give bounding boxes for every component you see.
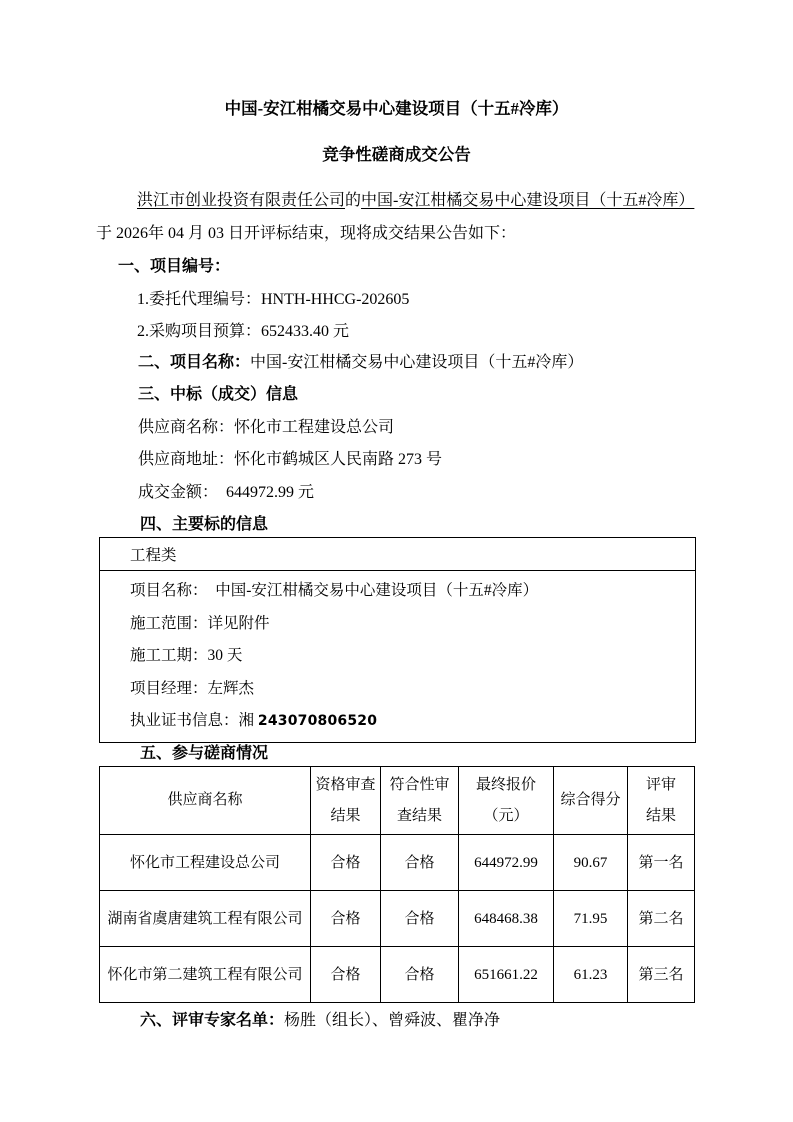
cell-rank: 第一名	[628, 835, 695, 891]
cell-price: 651661.22	[459, 947, 554, 1003]
subject-category-cell: 工程类	[100, 538, 696, 571]
section-2-value: 中国-安江柑橘交易中心建设项目（十五#冷库）	[250, 354, 583, 371]
cell-supplier-name: 湖南省虞唐建筑工程有限公司	[100, 891, 311, 947]
cell-rank: 第二名	[628, 891, 695, 947]
table-row: 怀化市第二建筑工程有限公司 合格 合格 651661.22 61.23 第三名	[100, 947, 695, 1003]
intro-line1-tail: 于 2026	[96, 225, 148, 242]
cell-qualification: 合格	[311, 947, 381, 1003]
subject-info-table: 工程类 项目名称： 中国-安江柑橘交易中心建设项目（十五#冷库） 施工范围：详见…	[99, 537, 696, 743]
participation-table: 供应商名称 资格审查 结果 符合性审 查结果 最终报价 （元） 综合得分 评审 …	[99, 766, 695, 1003]
cell-conformity: 合格	[381, 835, 459, 891]
table-row: 怀化市工程建设总公司 合格 合格 644972.99 90.67 第一名	[100, 835, 695, 891]
header-final-price: 最终报价 （元）	[459, 767, 554, 835]
document-page: 中国-安江柑橘交易中心建设项目（十五#冷库） 竞争性磋商成交公告 洪江市创业投资…	[0, 0, 793, 1122]
document-subtitle: 竞争性磋商成交公告	[96, 144, 697, 166]
subject-project-name: 项目名称： 中国-安江柑橘交易中心建设项目（十五#冷库）	[130, 575, 695, 608]
cell-conformity: 合格	[381, 891, 459, 947]
section-6-value: 杨胜（组长）、曾舜波、瞿净净	[284, 1012, 500, 1029]
section-6-line: 六、评审专家名单：杨胜（组长）、曾舜波、瞿净净	[140, 1010, 500, 1032]
header-composite-score: 综合得分	[554, 767, 628, 835]
document-title: 中国-安江柑橘交易中心建设项目（十五#冷库）	[96, 98, 697, 120]
cell-price: 644972.99	[459, 835, 554, 891]
section-6-label: 六、评审专家名单：	[140, 1012, 284, 1029]
intro-connector: 的	[345, 192, 361, 209]
section-4-heading: 四、主要标的信息	[140, 514, 268, 536]
section-2-line: 二、项目名称：中国-安江柑橘交易中心建设项目（十五#冷库）	[138, 352, 583, 374]
header-supplier-name: 供应商名称	[100, 767, 311, 835]
table-header-row: 供应商名称 资格审查 结果 符合性审 查结果 最终报价 （元） 综合得分 评审 …	[100, 767, 695, 835]
certificate-number: 243070806520	[258, 713, 377, 729]
intro-line2: 年 04 月 03 日开评标结束，现将成交结果公告如下：	[148, 225, 516, 242]
section-1-item-budget: 2.采购项目预算：652433.40 元	[137, 321, 349, 343]
subject-duration: 施工工期：30 天	[130, 640, 695, 673]
table-row: 工程类	[100, 538, 696, 571]
subject-certificate: 执业证书信息：湘 243070806520	[130, 705, 695, 738]
cell-score: 71.95	[554, 891, 628, 947]
supplier-name-line: 供应商名称：怀化市工程建设总公司	[138, 417, 394, 439]
cell-qualification: 合格	[311, 891, 381, 947]
cell-conformity: 合格	[381, 947, 459, 1003]
cell-supplier-name: 怀化市第二建筑工程有限公司	[100, 947, 311, 1003]
table-row: 项目名称： 中国-安江柑橘交易中心建设项目（十五#冷库） 施工范围：详见附件 施…	[100, 571, 696, 743]
cell-qualification: 合格	[311, 835, 381, 891]
section-5-heading: 五、参与磋商情况	[140, 743, 268, 765]
cell-rank: 第三名	[628, 947, 695, 1003]
cell-score: 61.23	[554, 947, 628, 1003]
project-name: 中国-安江柑橘交易中心建设项目（十五#冷库）	[361, 192, 694, 209]
buyer-name: 洪江市创业投资有限责任公司	[137, 192, 345, 209]
section-3-heading: 三、中标（成交）信息	[138, 384, 298, 406]
section-1-heading: 一、项目编号：	[118, 256, 230, 278]
header-qualification-result: 资格审查 结果	[311, 767, 381, 835]
certificate-label: 执业证书信息：湘	[130, 712, 258, 729]
deal-amount-line: 成交金额： 644972.99 元	[138, 482, 314, 504]
cell-price: 648468.38	[459, 891, 554, 947]
cell-score: 90.67	[554, 835, 628, 891]
subject-scope: 施工范围：详见附件	[130, 608, 695, 641]
cell-supplier-name: 怀化市工程建设总公司	[100, 835, 311, 891]
table-row: 湖南省虞唐建筑工程有限公司 合格 合格 648468.38 71.95 第二名	[100, 891, 695, 947]
section-2-label: 二、项目名称：	[138, 354, 250, 371]
subject-manager: 项目经理：左辉杰	[130, 673, 695, 706]
supplier-address-line: 供应商地址：怀化市鹤城区人民南路 273 号	[138, 449, 442, 471]
intro-paragraph: 洪江市创业投资有限责任公司的中国-安江柑橘交易中心建设项目（十五#冷库）于 20…	[96, 185, 700, 250]
header-review-result: 评审 结果	[628, 767, 695, 835]
header-conformity-result: 符合性审 查结果	[381, 767, 459, 835]
subject-detail-cell: 项目名称： 中国-安江柑橘交易中心建设项目（十五#冷库） 施工范围：详见附件 施…	[100, 571, 696, 743]
section-1-item-agency-number: 1.委托代理编号：HNTH-HHCG-202605	[137, 289, 409, 311]
